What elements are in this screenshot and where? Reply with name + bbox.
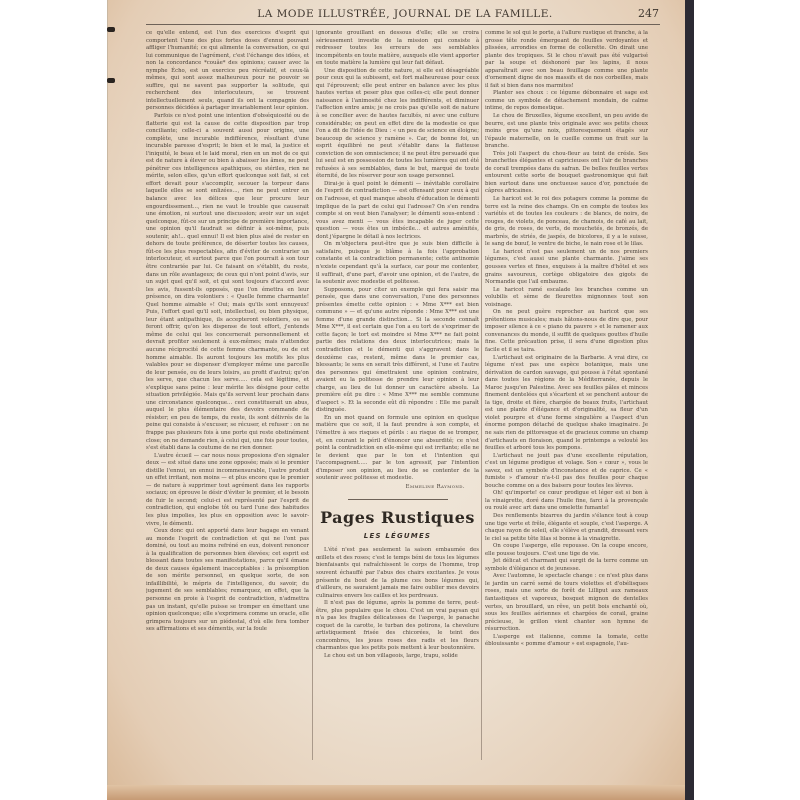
paragraph: Supposons, pour citer un exemple qui fer… (316, 287, 479, 415)
paragraph: On ne peut guère reprocher au haricot qu… (485, 309, 648, 354)
paragraph: Ceux donc qui ont apporté dans leur baga… (146, 528, 309, 634)
column-2: ignorante grouillant en dessous d'elle; … (316, 30, 479, 661)
paragraph: ce qu'elle entend, est l'un des exercice… (146, 30, 309, 113)
paragraph: L'été n'est pas seulement la saison emba… (316, 547, 479, 600)
paragraph: Dirai-je à quel point le démenti — inévi… (316, 181, 479, 241)
paragraph: Très joli l'aspect du chou-fleur au tein… (485, 151, 648, 196)
page-header: LA MODE ILLUSTRÉE, JOURNAL DE LA FAMILLE… (145, 5, 665, 23)
header-rule (146, 24, 660, 25)
paragraph: Oh! qu'importe! ce cœur prodigue et lége… (485, 490, 648, 513)
paragraph: Une disposition de cette nature, si elle… (316, 68, 479, 181)
paragraph: L'asperge est italienne, comme la tomate… (485, 634, 648, 649)
binding-mark (107, 27, 115, 32)
page-bottom-edge (107, 785, 685, 800)
column-divider (312, 30, 313, 760)
section-title: Pages Rustiques (316, 508, 479, 528)
paragraph: Le haricot ramé escalade les branches co… (485, 287, 648, 310)
author-signature: Emmeline Raymond. (316, 484, 479, 492)
paragraph: Jet délicat et charmant qui surgit de la… (485, 558, 648, 573)
page-number: 247 (638, 7, 659, 20)
paragraph: Il n'est pas de légume, après la pomme d… (316, 600, 479, 653)
paragraph: Le haricot n'est pas seulement un de nos… (485, 249, 648, 287)
paragraph: L'artichaut ne jouit pas d'une excellent… (485, 453, 648, 491)
section-divider (348, 499, 448, 500)
paragraph: L'artichaut est originaire de la Barbari… (485, 355, 648, 453)
paragraph: L'autre écueil — car nous nous proposion… (146, 453, 309, 528)
section-subtitle: LES LÉGUMES (316, 531, 479, 541)
paragraph: ignorante grouillant en dessous d'elle; … (316, 30, 479, 68)
paragraph: Planter ses choux : ce légume débonnaire… (485, 90, 648, 113)
paragraph: On m'objectera peut-être que je suis bie… (316, 241, 479, 286)
paragraph: Le chou est un bon villageois, large, tr… (316, 653, 479, 661)
paragraph: Parfois ce n'est point une intention d'o… (146, 113, 309, 453)
journal-title: LA MODE ILLUSTRÉE, JOURNAL DE LA FAMILLE… (145, 8, 665, 20)
paragraph: Le haricot est le roi des potagers comme… (485, 196, 648, 249)
column-1: ce qu'elle entend, est l'un des exercice… (146, 30, 309, 634)
paragraph: Des renflements bizarres du jardin s'éla… (485, 513, 648, 543)
paragraph: Avec l'automne, le spectacle change : ce… (485, 573, 648, 633)
paragraph: Le chou de Bruxelles, légume excellent, … (485, 113, 648, 151)
binding-mark (107, 78, 115, 83)
column-3: comme le sol qui le porte, à l'allure ru… (485, 30, 648, 649)
page-edge-shadow (685, 0, 694, 800)
paragraph: En un mot quand on formule une opinion e… (316, 415, 479, 483)
paragraph: comme le sol qui le porte, à l'allure ru… (485, 30, 648, 90)
column-divider (481, 30, 482, 760)
paragraph: On coupe l'asperge, elle repousse. On la… (485, 543, 648, 558)
